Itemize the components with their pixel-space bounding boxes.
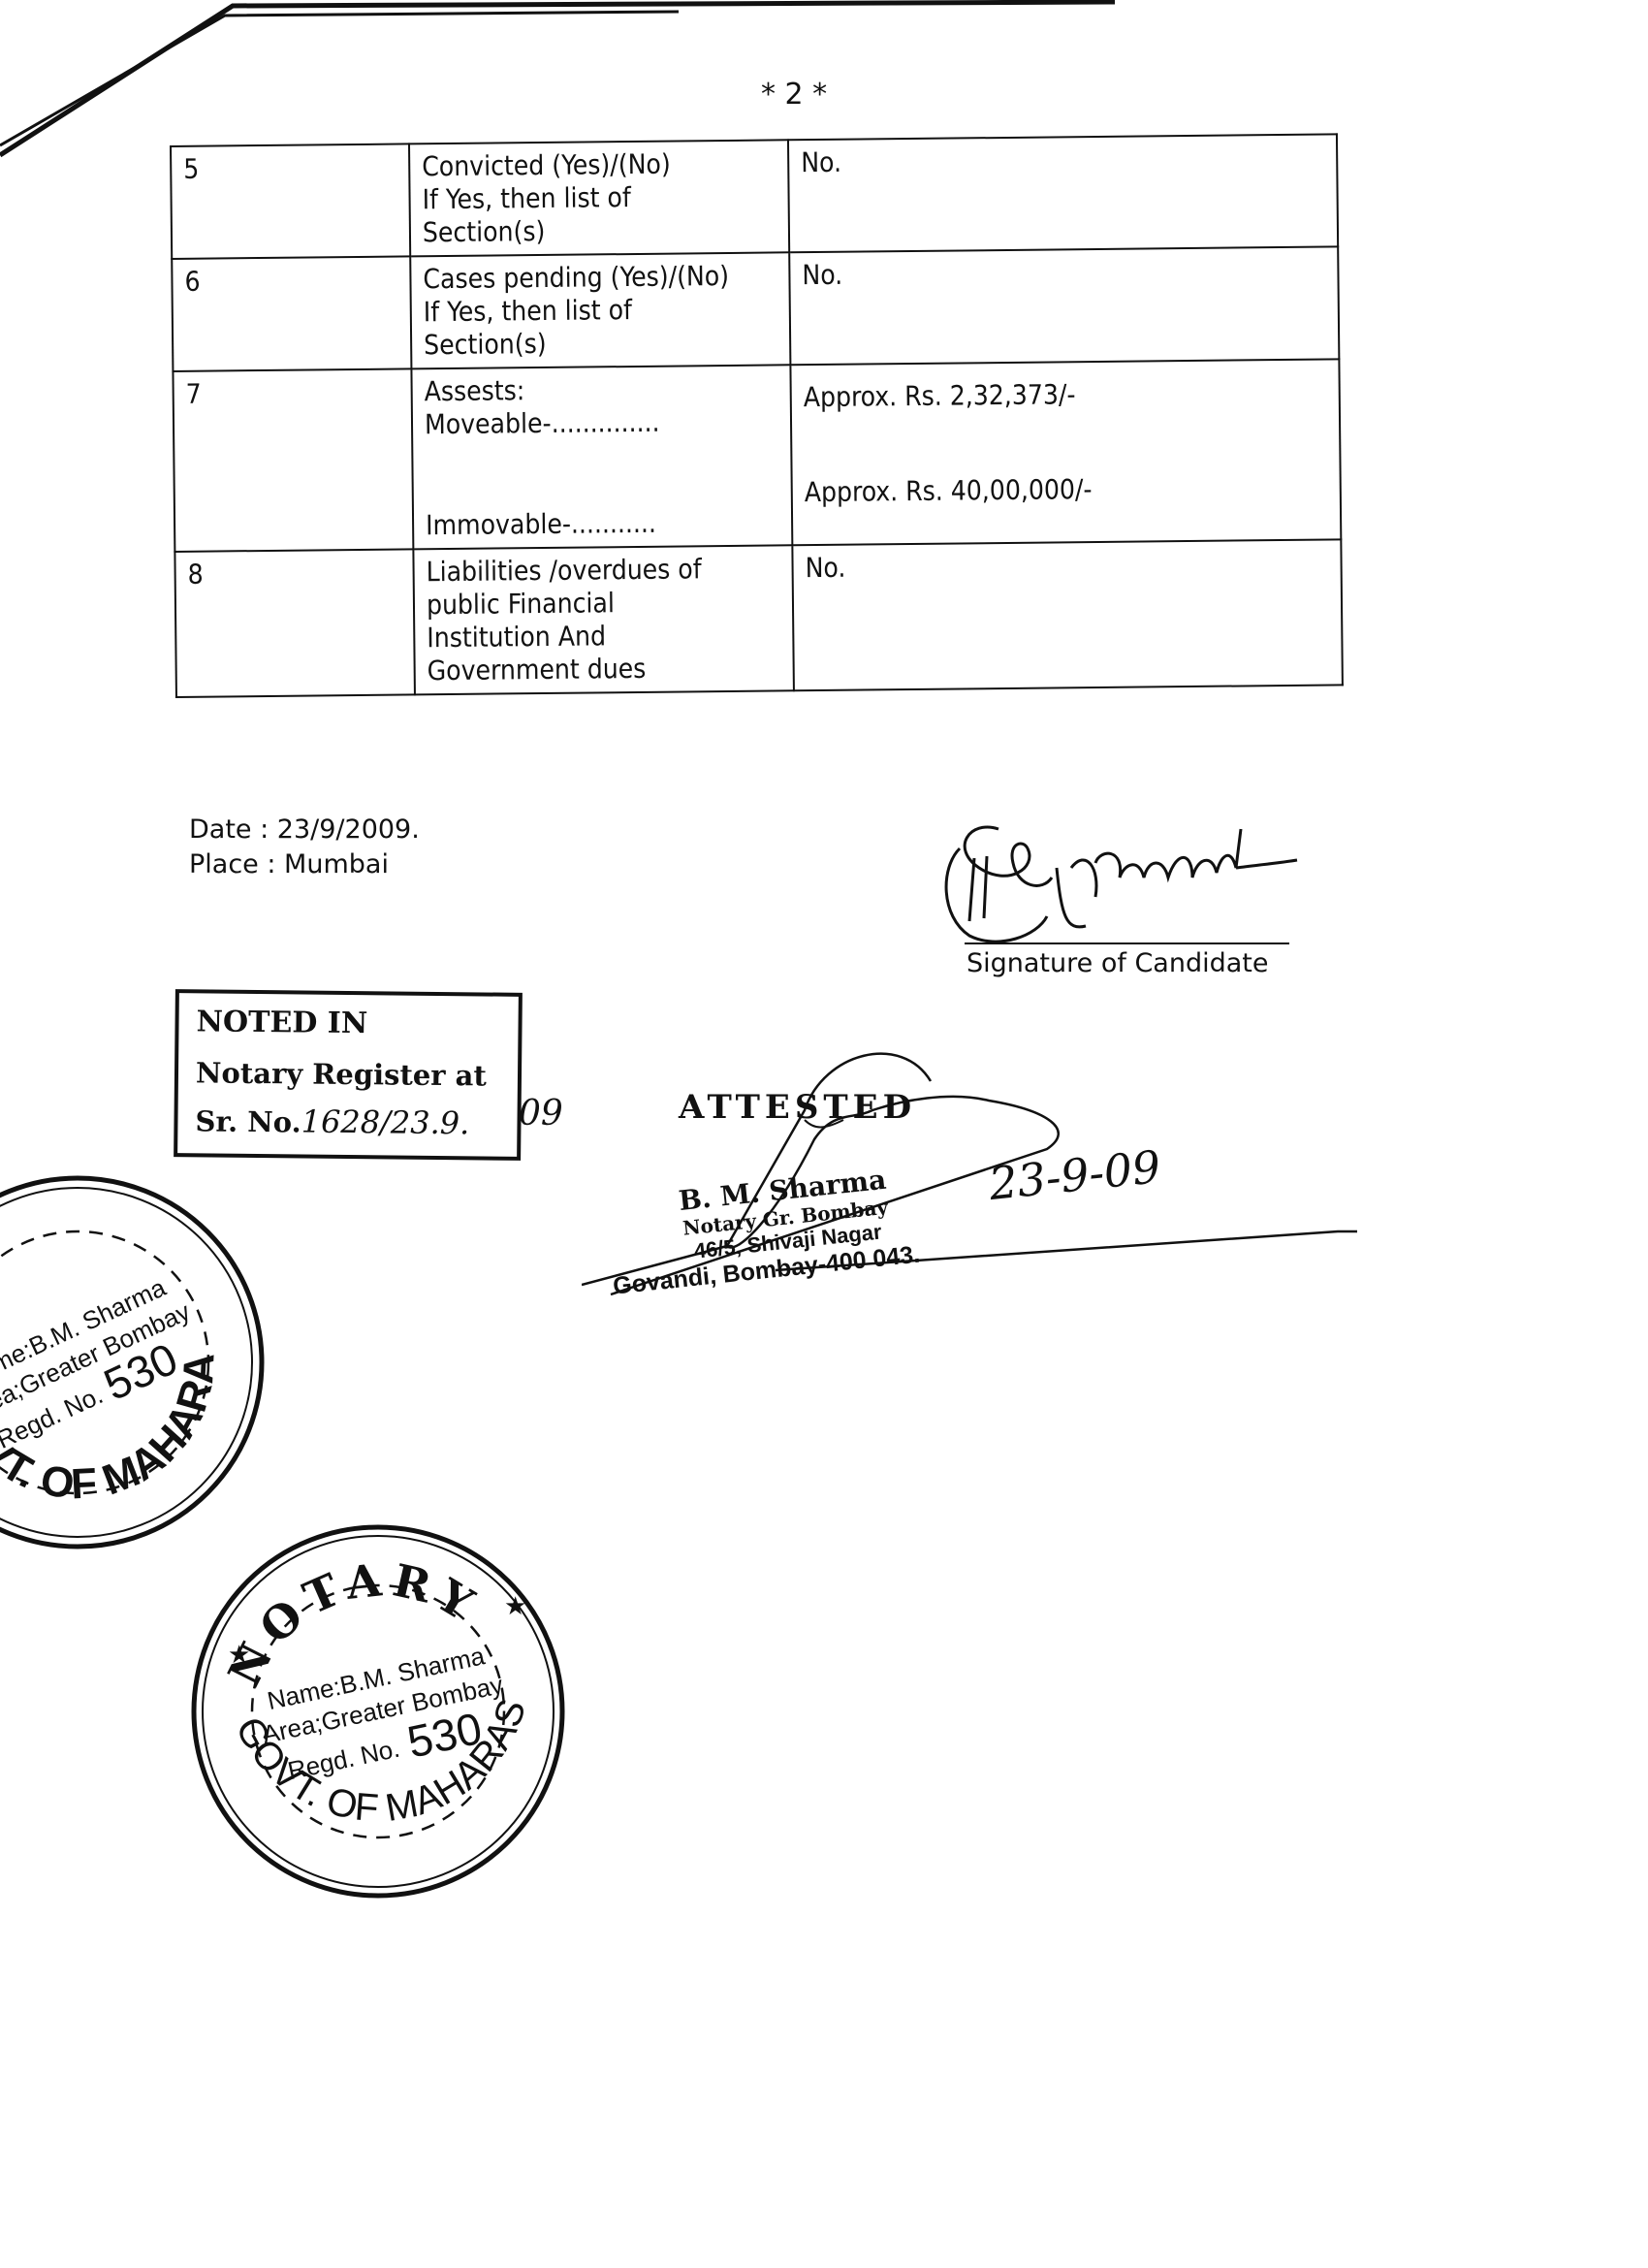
- item-line: If Yes, then list of: [422, 179, 776, 216]
- notary-seal-icon: NOTARY GOVT. OF MAHARASHTRA ★ ★ Name:B.M…: [184, 1517, 572, 1905]
- row-item: Assests: Moveable-.............. Immovab…: [411, 365, 792, 549]
- row-number: 6: [172, 256, 411, 371]
- notary-address-stamp: B. M. Sharma Notary Gr. Bombay 46/5, Shi…: [651, 1161, 921, 1295]
- attestation-handwritten-date: 23-9-09: [987, 1140, 1163, 1210]
- immovable-label: Immovable-...........: [426, 505, 779, 542]
- row-item: Cases pending (Yes)/(No) If Yes, then li…: [410, 252, 790, 368]
- date-line: Date : 23/9/2009.: [189, 813, 420, 847]
- item-line: public Financial: [427, 585, 780, 622]
- stamp-line-1: NOTED IN: [196, 1005, 367, 1040]
- item-line: Institution And: [427, 618, 780, 655]
- declaration-table: 5 Convicted (Yes)/(No) If Yes, then list…: [170, 133, 1344, 698]
- table-row: 6 Cases pending (Yes)/(No) If Yes, then …: [172, 246, 1339, 371]
- row-number: 7: [173, 368, 413, 552]
- item-line: Section(s): [424, 325, 777, 362]
- moveable-value: Approx. Rs. 2,32,373/-: [804, 376, 1327, 415]
- candidate-signature-icon: [931, 810, 1299, 955]
- row-number: 5: [171, 144, 410, 259]
- svg-text:★: ★: [228, 1641, 250, 1670]
- signature-line: [965, 942, 1289, 944]
- row-value: No.: [788, 134, 1338, 252]
- serial-prefix: Sr. No.: [195, 1104, 301, 1138]
- moveable-label: Moveable-..............: [425, 404, 778, 441]
- table-row: 7 Assests: Moveable-.............. Immov…: [173, 359, 1341, 552]
- signature-label: Signature of Candidate: [967, 948, 1268, 978]
- item-line: Government dues: [428, 651, 781, 687]
- row-value: Approx. Rs. 2,32,373/- Approx. Rs. 40,00…: [790, 359, 1341, 545]
- noted-in-register-stamp: NOTED IN Notary Register at Sr. No.1628/…: [174, 989, 523, 1161]
- item-line: If Yes, then list of: [424, 292, 777, 329]
- row-number: 8: [174, 549, 415, 697]
- row-item: Liabilities /overdues of public Financia…: [413, 545, 794, 694]
- assets-heading: Assests:: [424, 371, 777, 408]
- item-line: Convicted (Yes)/(No): [422, 146, 776, 183]
- row-value: No.: [792, 539, 1343, 690]
- date-place-block: Date : 23/9/2009. Place : Mumbai: [189, 813, 420, 882]
- place-line: Place : Mumbai: [189, 847, 420, 882]
- serial-handwritten: 1628/23.9.: [301, 1102, 469, 1141]
- declaration-table-wrapper: 5 Convicted (Yes)/(No) If Yes, then list…: [170, 133, 1344, 698]
- attested-label: ATTESTED: [679, 1088, 916, 1127]
- row-value: No.: [789, 246, 1339, 365]
- row-item: Convicted (Yes)/(No) If Yes, then list o…: [409, 140, 789, 256]
- stamp-line-2: Notary Register at: [196, 1056, 487, 1092]
- svg-text:★: ★: [504, 1592, 526, 1621]
- page-number: * 2 *: [761, 78, 827, 112]
- item-line: Cases pending (Yes)/(No): [423, 259, 776, 296]
- item-line: Liabilities /overdues of: [426, 552, 779, 589]
- item-line: Section(s): [423, 212, 776, 249]
- serial-handwritten-tail: 09: [519, 1094, 563, 1134]
- table-row: 5 Convicted (Yes)/(No) If Yes, then list…: [171, 134, 1338, 259]
- table-row: 8 Liabilities /overdues of public Financ…: [174, 539, 1343, 697]
- stamp-line-3: Sr. No.1628/23.9.: [195, 1102, 469, 1141]
- notary-seal-partial-icon: GOVT. OF MAHARASHTRA Name:B.M. Sharma Ar…: [0, 1168, 271, 1556]
- immovable-value: Approx. Rs. 40,00,000/-: [805, 471, 1328, 510]
